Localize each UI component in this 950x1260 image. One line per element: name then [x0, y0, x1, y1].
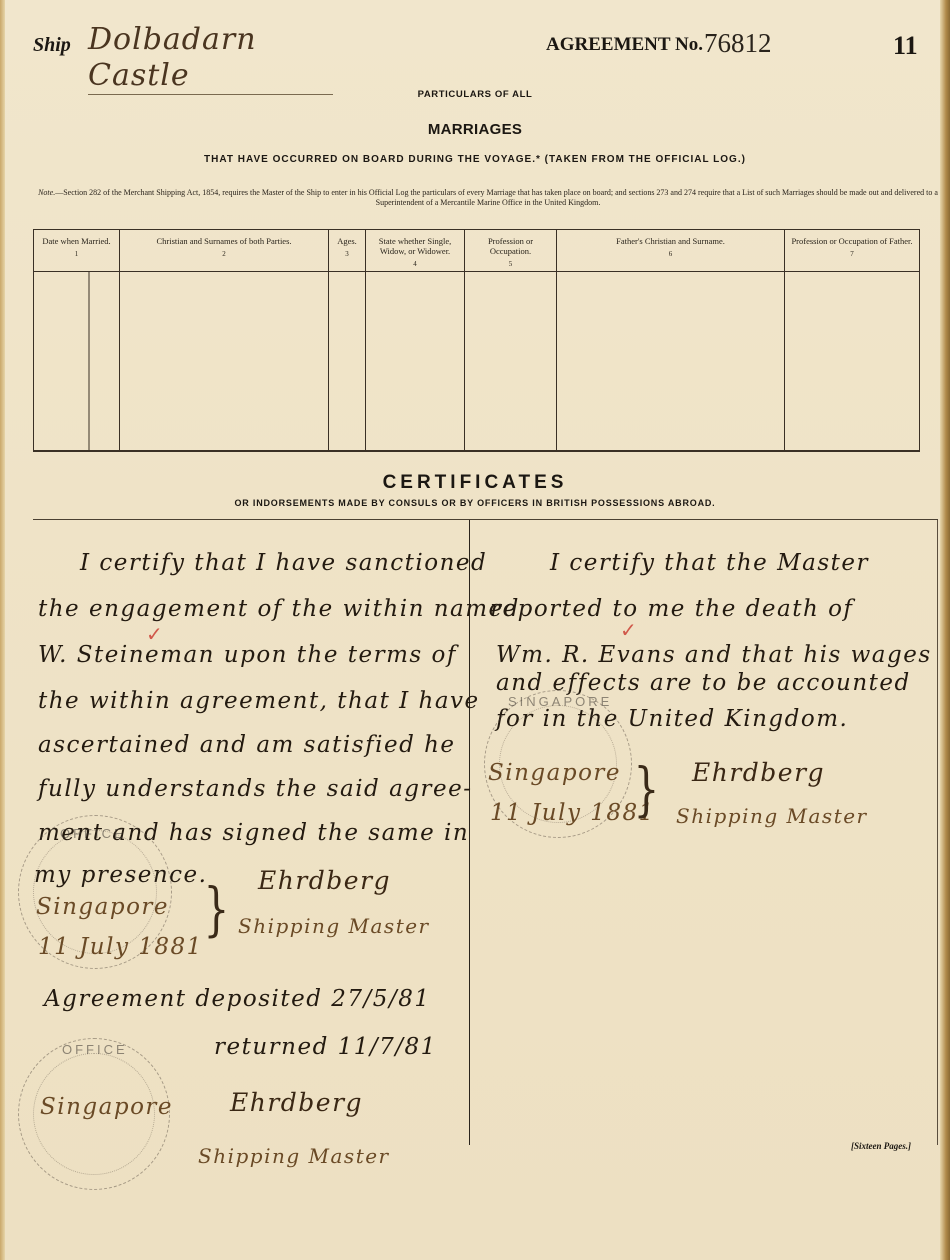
cell-profession — [465, 272, 557, 452]
legal-note: Note.—Section 282 of the Merchant Shippi… — [33, 188, 943, 208]
cert-line: the engagement of the within named — [38, 596, 520, 622]
place: Singapore — [36, 894, 169, 920]
signatory-title: Shipping Master — [676, 804, 868, 828]
red-check-mark-icon: ✓ — [620, 618, 637, 643]
cert-line: Wm. R. Evans and that his wages — [496, 642, 932, 668]
page-number: 11 — [893, 31, 918, 61]
cell-ages — [329, 272, 366, 452]
cert-line: ascertained and am satisfied he — [38, 732, 456, 758]
note-text: —Section 282 of the Merchant Shipping Ac… — [55, 188, 938, 207]
marriages-title: MARRIAGES — [0, 121, 950, 138]
red-check-mark-icon: ✓ — [146, 622, 163, 647]
marriages-table: Date when Married.1 Christian and Surnam… — [33, 229, 920, 452]
date: 11 July 1881 — [38, 934, 203, 960]
cell-father-name — [557, 272, 785, 452]
column-header-date: Date when Married.1 — [34, 230, 120, 272]
deposit-note: Agreement deposited 27/5/81 — [44, 986, 430, 1012]
cell-state — [366, 272, 465, 452]
cell-date — [34, 272, 120, 452]
marriages-subtitle: THAT HAVE OCCURRED ON BOARD DURING THE V… — [0, 154, 950, 165]
agreement-label: AGREEMENT No. — [546, 34, 703, 56]
column-header-father-profession: Profession or Occupation of Father.7 — [785, 230, 920, 272]
ship-label: Ship — [33, 34, 71, 57]
place: Singapore — [488, 760, 621, 786]
column-header-state: State whether Single, Widow, or Widower.… — [366, 230, 465, 272]
cell-father-profession — [785, 272, 920, 452]
column-header-names: Christian and Surnames of both Parties.2 — [120, 230, 329, 272]
cert-line: I certify that I have sanctioned — [80, 550, 487, 576]
stamp-text: OFFICE — [60, 826, 126, 841]
signatory-title-2: Shipping Master — [198, 1144, 390, 1168]
returned-note: returned 11/7/81 — [214, 1034, 437, 1060]
certificates-subtitle: OR INDORSEMENTS MADE BY CONSULS OR BY OF… — [0, 498, 950, 508]
particulars-heading: PARTICULARS OF ALL — [0, 89, 950, 100]
page-left-edge — [0, 0, 5, 1260]
cell-names — [120, 272, 329, 452]
stamp-text: OFFICE — [62, 1042, 128, 1057]
brace-icon: } — [634, 760, 660, 818]
date: 11 July 1881 — [490, 800, 655, 826]
cert-line: I certify that the Master — [550, 550, 869, 576]
column-header-profession: Profession or Occupation.5 — [465, 230, 557, 272]
place-2: Singapore — [40, 1094, 173, 1120]
certificates-rule — [33, 519, 938, 520]
signature-2: Ehrdberg — [230, 1088, 363, 1117]
certificates-title: CERTIFICATES — [0, 472, 950, 494]
column-header-ages: Ages.3 — [329, 230, 366, 272]
signature: Ehrdberg — [258, 866, 391, 895]
column-header-father-name: Father's Christian and Surname.6 — [557, 230, 785, 272]
signatory-title: Shipping Master — [238, 914, 430, 938]
stamp-text: SINGAPORE — [508, 694, 612, 709]
ship-name-handwritten: Dolbadarn Castle — [88, 22, 333, 95]
brace-icon: } — [204, 880, 230, 938]
pages-note: [Sixteen Pages.] — [851, 1141, 911, 1151]
note-prefix: Note. — [38, 188, 55, 197]
signature: Ehrdberg — [692, 758, 825, 787]
table-header-row: Date when Married.1 Christian and Surnam… — [34, 230, 920, 272]
table-row-empty — [34, 272, 920, 452]
certificates-right-border — [937, 520, 938, 1145]
cert-line: fully understands the said agree- — [38, 776, 473, 802]
document-page: Ship Dolbadarn Castle AGREEMENT No. 7681… — [0, 0, 950, 1260]
cert-line: the within agreement, that I have — [38, 688, 480, 714]
agreement-number: 76812 — [704, 28, 772, 59]
cert-line: reported to me the death of — [490, 596, 853, 622]
cert-line: W. Steineman upon the terms of — [38, 642, 457, 668]
